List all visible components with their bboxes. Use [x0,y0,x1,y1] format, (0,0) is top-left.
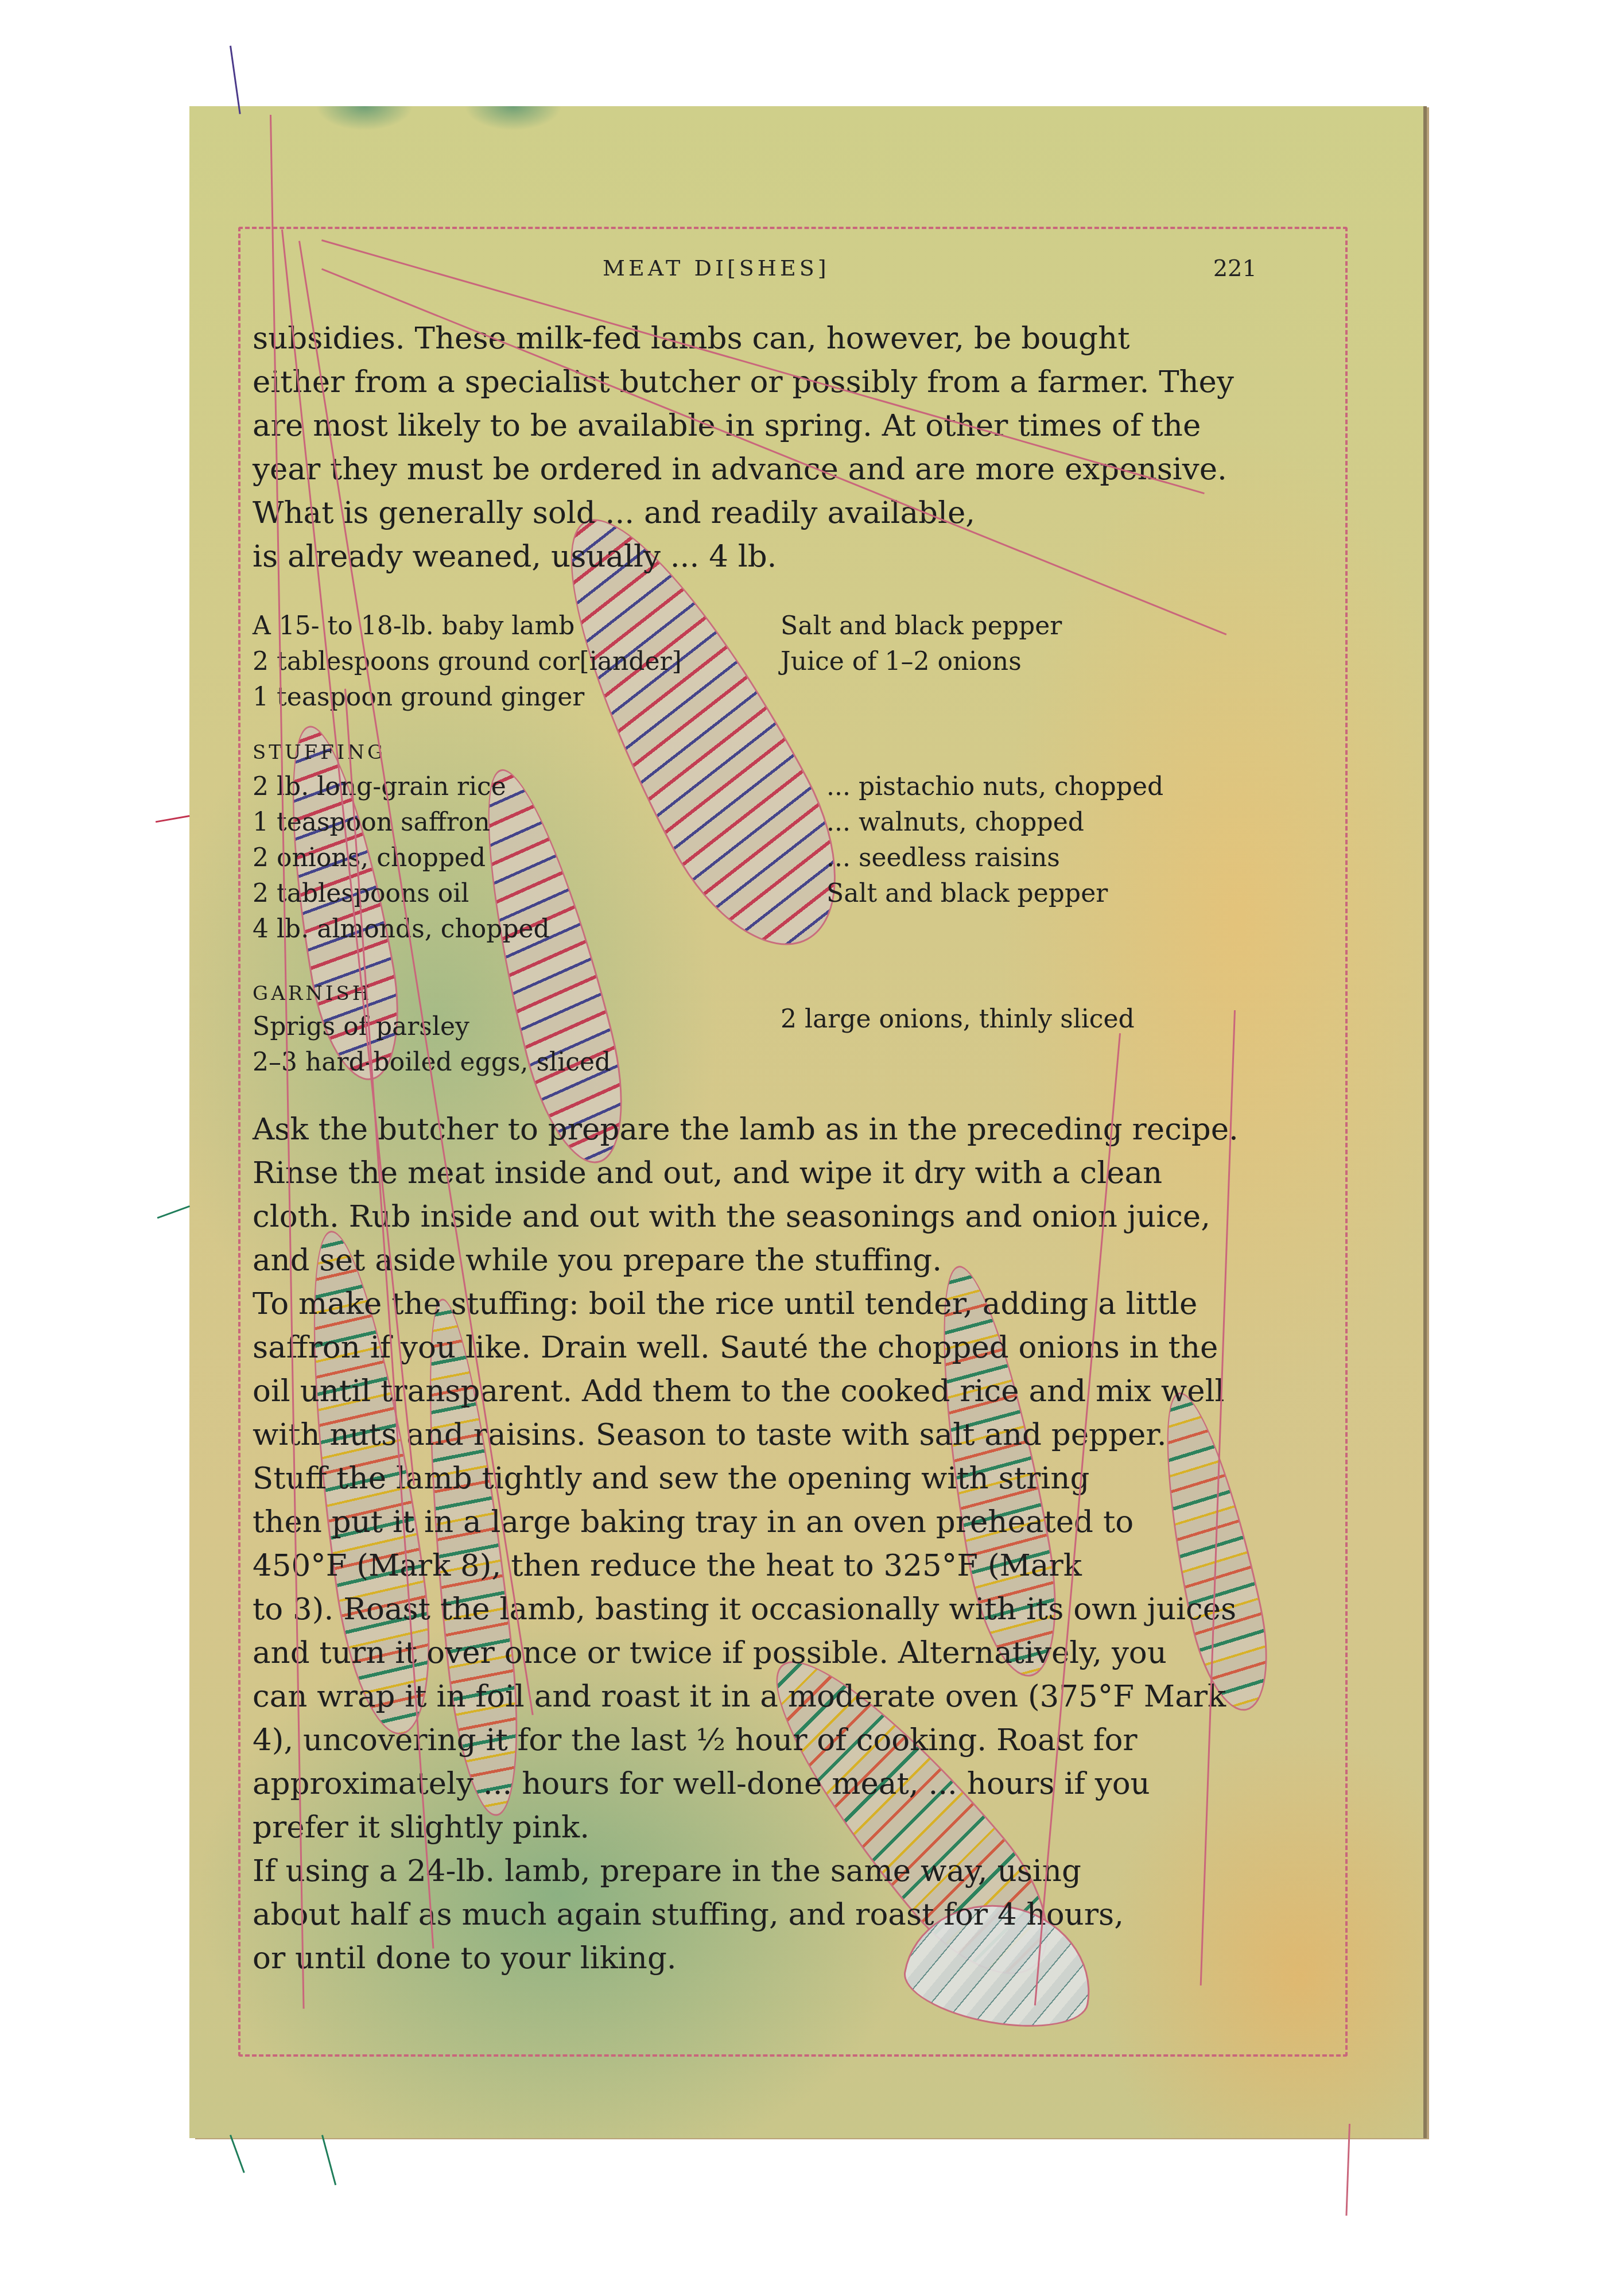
page-header: MEAT DI[SHES] 221 [253,255,1257,290]
ingredient: 2 tablespoons ground cor[iander] [253,644,682,680]
text-line: to 3). Roast the lamb, basting it occasi… [253,1588,1263,1631]
ingredients-right: Salt and black pepper Juice of 1–2 onion… [781,608,1062,680]
ingredient: 2 lb. long-grain rice [253,769,550,805]
text-line: prefer it slightly pink. [253,1806,1263,1849]
ingredient: 1 teaspoon saffron [253,805,550,840]
text-line: cloth. Rub inside and out with the seaso… [253,1195,1263,1239]
ingredient: 1 teaspoon ground ginger [253,680,682,715]
ingredient: Salt and black pepper [781,608,1062,644]
thread-end-icon [156,815,190,823]
ingredient: A 15- to 18-lb. baby lamb [253,608,682,644]
text-line: or until done to your liking. [253,1937,1263,1980]
ingredient: 2 large onions, thinly sliced [781,1002,1135,1037]
ingredient: Salt and black pepper [826,876,1163,912]
stuffing-right: ... pistachio nuts, chopped ... walnuts,… [826,769,1163,912]
running-head: MEAT DI[SHES] [603,255,830,281]
page-number: 221 [1213,255,1257,282]
text-line: year they must be ordered in advance and… [253,448,1263,491]
text-line: is already weaned, usually ... 4 lb. [253,535,1263,579]
text-line: Stuff the lamb tightly and sew the openi… [253,1457,1263,1500]
text-line: Rinse the meat inside and out, and wipe … [253,1151,1263,1195]
green-paint-wash [264,106,666,146]
text-line: can wrap it in foil and roast it in a mo… [253,1675,1263,1719]
thread-end-icon [230,2135,245,2173]
intro-paragraph: subsidies. These milk-fed lambs can, how… [253,317,1263,579]
ingredient: 2 onions, chopped [253,840,550,876]
text-line: either from a specialist butcher or poss… [253,360,1263,404]
text-line: about half as much again stuffing, and r… [253,1893,1263,1937]
text-line: subsidies. These milk-fed lambs can, how… [253,317,1263,360]
ingredient: Juice of 1–2 onions [781,644,1062,680]
ingredient: ... pistachio nuts, chopped [826,769,1163,805]
text-line: and set aside while you prepare the stuf… [253,1239,1263,1282]
ingredient: 4 lb. almonds, chopped [253,912,550,947]
thread-end-icon [230,46,241,114]
garnish-heading: GARNISH [253,976,372,1011]
text-line: and turn it over once or twice if possib… [253,1631,1263,1675]
garnish-left: Sprigs of parsley 2–3 hard-boiled eggs, … [253,1009,611,1080]
text-line: are most likely to be available in sprin… [253,404,1263,448]
text-line: approximately ... hours for well-done me… [253,1762,1263,1806]
stuffing-left: 2 lb. long-grain rice 1 teaspoon saffron… [253,769,550,947]
text-line: with nuts and raisins. Season to taste w… [253,1413,1263,1457]
text-line: If using a 24-lb. lamb, prepare in the s… [253,1849,1263,1893]
garnish-right: 2 large onions, thinly sliced [781,1002,1135,1037]
thread-end-icon [321,2135,336,2185]
ingredient: Sprigs of parsley [253,1009,611,1045]
ingredient: ... walnuts, chopped [826,805,1163,840]
ingredient: ... seedless raisins [826,840,1163,876]
text-line: What is generally sold ... and readily a… [253,491,1263,535]
text-line: To make the stuffing: boil the rice unti… [253,1282,1263,1326]
stuffing-heading: STUFFING [253,735,386,770]
text-line: saffron if you like. Drain well. Sauté t… [253,1326,1263,1370]
text-line: 4), uncovering it for the last ½ hour of… [253,1719,1263,1762]
ingredients-left: A 15- to 18-lb. baby lamb 2 tablespoons … [253,608,682,715]
thread-end-icon [157,1205,190,1219]
